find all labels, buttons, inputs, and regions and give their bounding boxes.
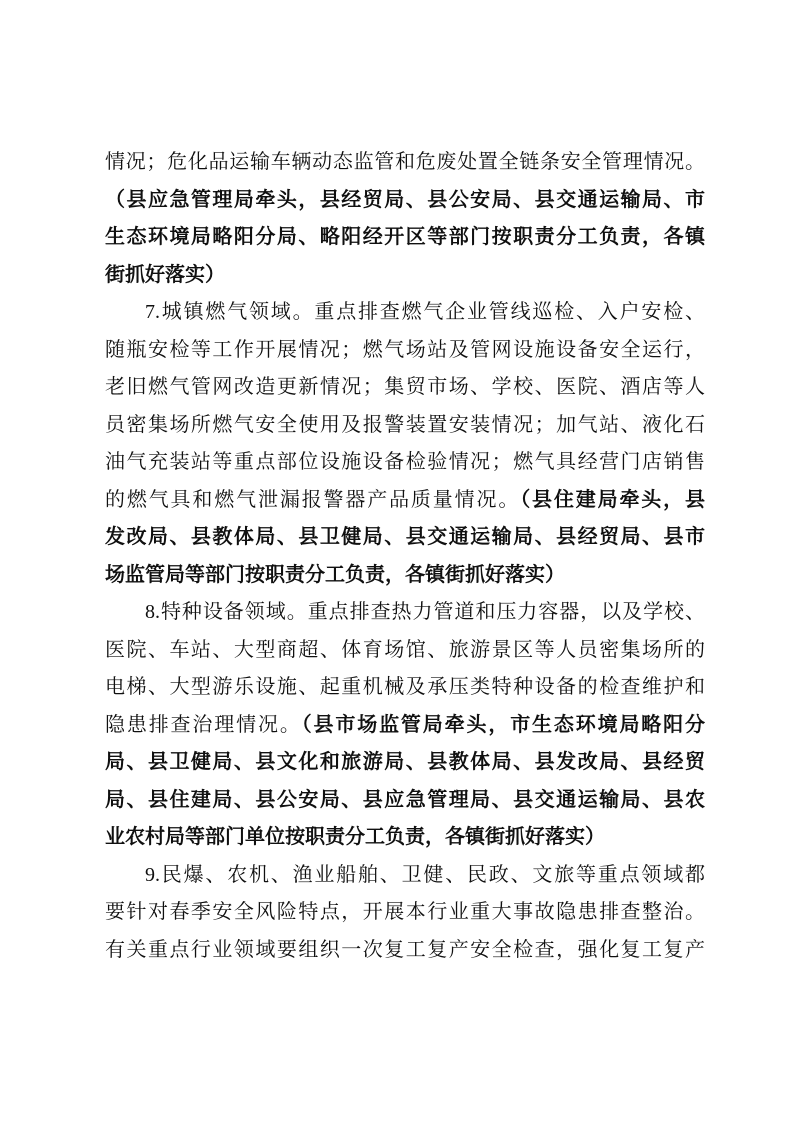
text-line: 7.城镇燃气领域。重点排查燃气企业管线巡检、入户安检、 [105,294,705,332]
text-line: 业农村局等部门单位按职责分工负责，各镇街抓好落实） [105,819,705,857]
emphasis-text: 生态环境局略阳分局、略阳经开区等部门按职责分工负责，各镇 [105,226,705,248]
body-text: 有关重点行业领域要组织一次复工复产安全检查，强化复工复产 [105,939,705,961]
emphasis-text: （县市场监管局牵头，市生态环境局略阳分 [302,714,705,736]
body-text: 情况；危化品运输车辆动态监管和危废处置全链条安全管理情况。 [105,151,705,173]
emphasis-text: 发改局、县教体局、县卫健局、县交通运输局、县经贸局、县市 [105,526,705,548]
emphasis-text: 局、县住建局、县公安局、县应急管理局、县交通运输局、县农 [105,789,705,811]
text-line: 老旧燃气管网改造更新情况；集贸市场、学校、医院、酒店等人 [105,369,705,407]
body-text: 的燃气具和燃气泄漏报警器产品质量情况。 [105,489,520,511]
text-line: 9.民爆、农机、渔业船舶、卫健、民政、文旅等重点领域都 [105,857,705,895]
body-text: 9.民爆、农机、渔业船舶、卫健、民政、文旅等重点领域都 [145,864,705,886]
body-text: 8.特种设备领域。重点排查热力管道和压力容器，以及学校、 [145,601,705,623]
text-line: 情况；危化品运输车辆动态监管和危废处置全链条安全管理情况。 [105,144,705,182]
text-line: 8.特种设备领域。重点排查热力管道和压力容器，以及学校、 [105,594,705,632]
body-text: 油气充装站等重点部位设施设备检验情况；燃气具经营门店销售 [105,451,705,473]
text-line: （县应急管理局牵头，县经贸局、县公安局、县交通运输局、市 [105,182,705,220]
text-line: 有关重点行业领域要组织一次复工复产安全检查，强化复工复产 [105,932,705,970]
document-body: 情况；危化品运输车辆动态监管和危废处置全链条安全管理情况。（县应急管理局牵头，县… [105,144,705,969]
document-page: 情况；危化品运输车辆动态监管和危废处置全链条安全管理情况。（县应急管理局牵头，县… [0,0,793,1122]
text-line: 局、县住建局、县公安局、县应急管理局、县交通运输局、县农 [105,782,705,820]
body-text: 随瓶安检等工作开展情况；燃气场站及管网设施设备安全运行， [105,339,705,361]
text-line: 隐患排查治理情况。（县市场监管局牵头，市生态环境局略阳分 [105,707,705,745]
body-text: 员密集场所燃气安全使用及报警装置安装情况；加气站、液化石 [105,414,705,436]
text-line: 街抓好落实） [105,257,705,295]
body-text: 隐患排查治理情况。 [105,714,302,736]
body-text: 7.城镇燃气领域。重点排查燃气企业管线巡检、入户安检、 [145,301,705,323]
body-text: 要针对春季安全风险特点，开展本行业重大事故隐患排查整治。 [105,901,705,923]
text-line: 局、县卫健局、县文化和旅游局、县教体局、县发改局、县经贸 [105,744,705,782]
emphasis-text: 街抓好落实） [105,264,225,286]
emphasis-text: 局、县卫健局、县文化和旅游局、县教体局、县发改局、县经贸 [105,751,705,773]
text-line: 发改局、县教体局、县卫健局、县交通运输局、县经贸局、县市 [105,519,705,557]
body-text: 老旧燃气管网改造更新情况；集贸市场、学校、医院、酒店等人 [105,376,705,398]
text-line: 场监管局等部门按职责分工负责，各镇街抓好落实） [105,557,705,595]
text-line: 员密集场所燃气安全使用及报警装置安装情况；加气站、液化石 [105,407,705,445]
text-line: 生态环境局略阳分局、略阳经开区等部门按职责分工负责，各镇 [105,219,705,257]
body-text: 电梯、大型游乐设施、起重机械及承压类特种设备的检查维护和 [105,676,705,698]
text-line: 的燃气具和燃气泄漏报警器产品质量情况。（县住建局牵头，县 [105,482,705,520]
emphasis-text: （县住建局牵头，县 [520,489,705,511]
text-line: 电梯、大型游乐设施、起重机械及承压类特种设备的检查维护和 [105,669,705,707]
body-text: 医院、车站、大型商超、体育场馆、旅游景区等人员密集场所的 [105,639,705,661]
text-line: 医院、车站、大型商超、体育场馆、旅游景区等人员密集场所的 [105,632,705,670]
text-line: 随瓶安检等工作开展情况；燃气场站及管网设施设备安全运行， [105,332,705,370]
text-line: 要针对春季安全风险特点，开展本行业重大事故隐患排查整治。 [105,894,705,932]
emphasis-text: 业农村局等部门单位按职责分工负责，各镇街抓好落实） [105,826,605,848]
emphasis-text: 场监管局等部门按职责分工负责，各镇街抓好落实） [105,564,565,586]
emphasis-text: （县应急管理局牵头，县经贸局、县公安局、县交通运输局、市 [105,189,705,211]
text-line: 油气充装站等重点部位设施设备检验情况；燃气具经营门店销售 [105,444,705,482]
